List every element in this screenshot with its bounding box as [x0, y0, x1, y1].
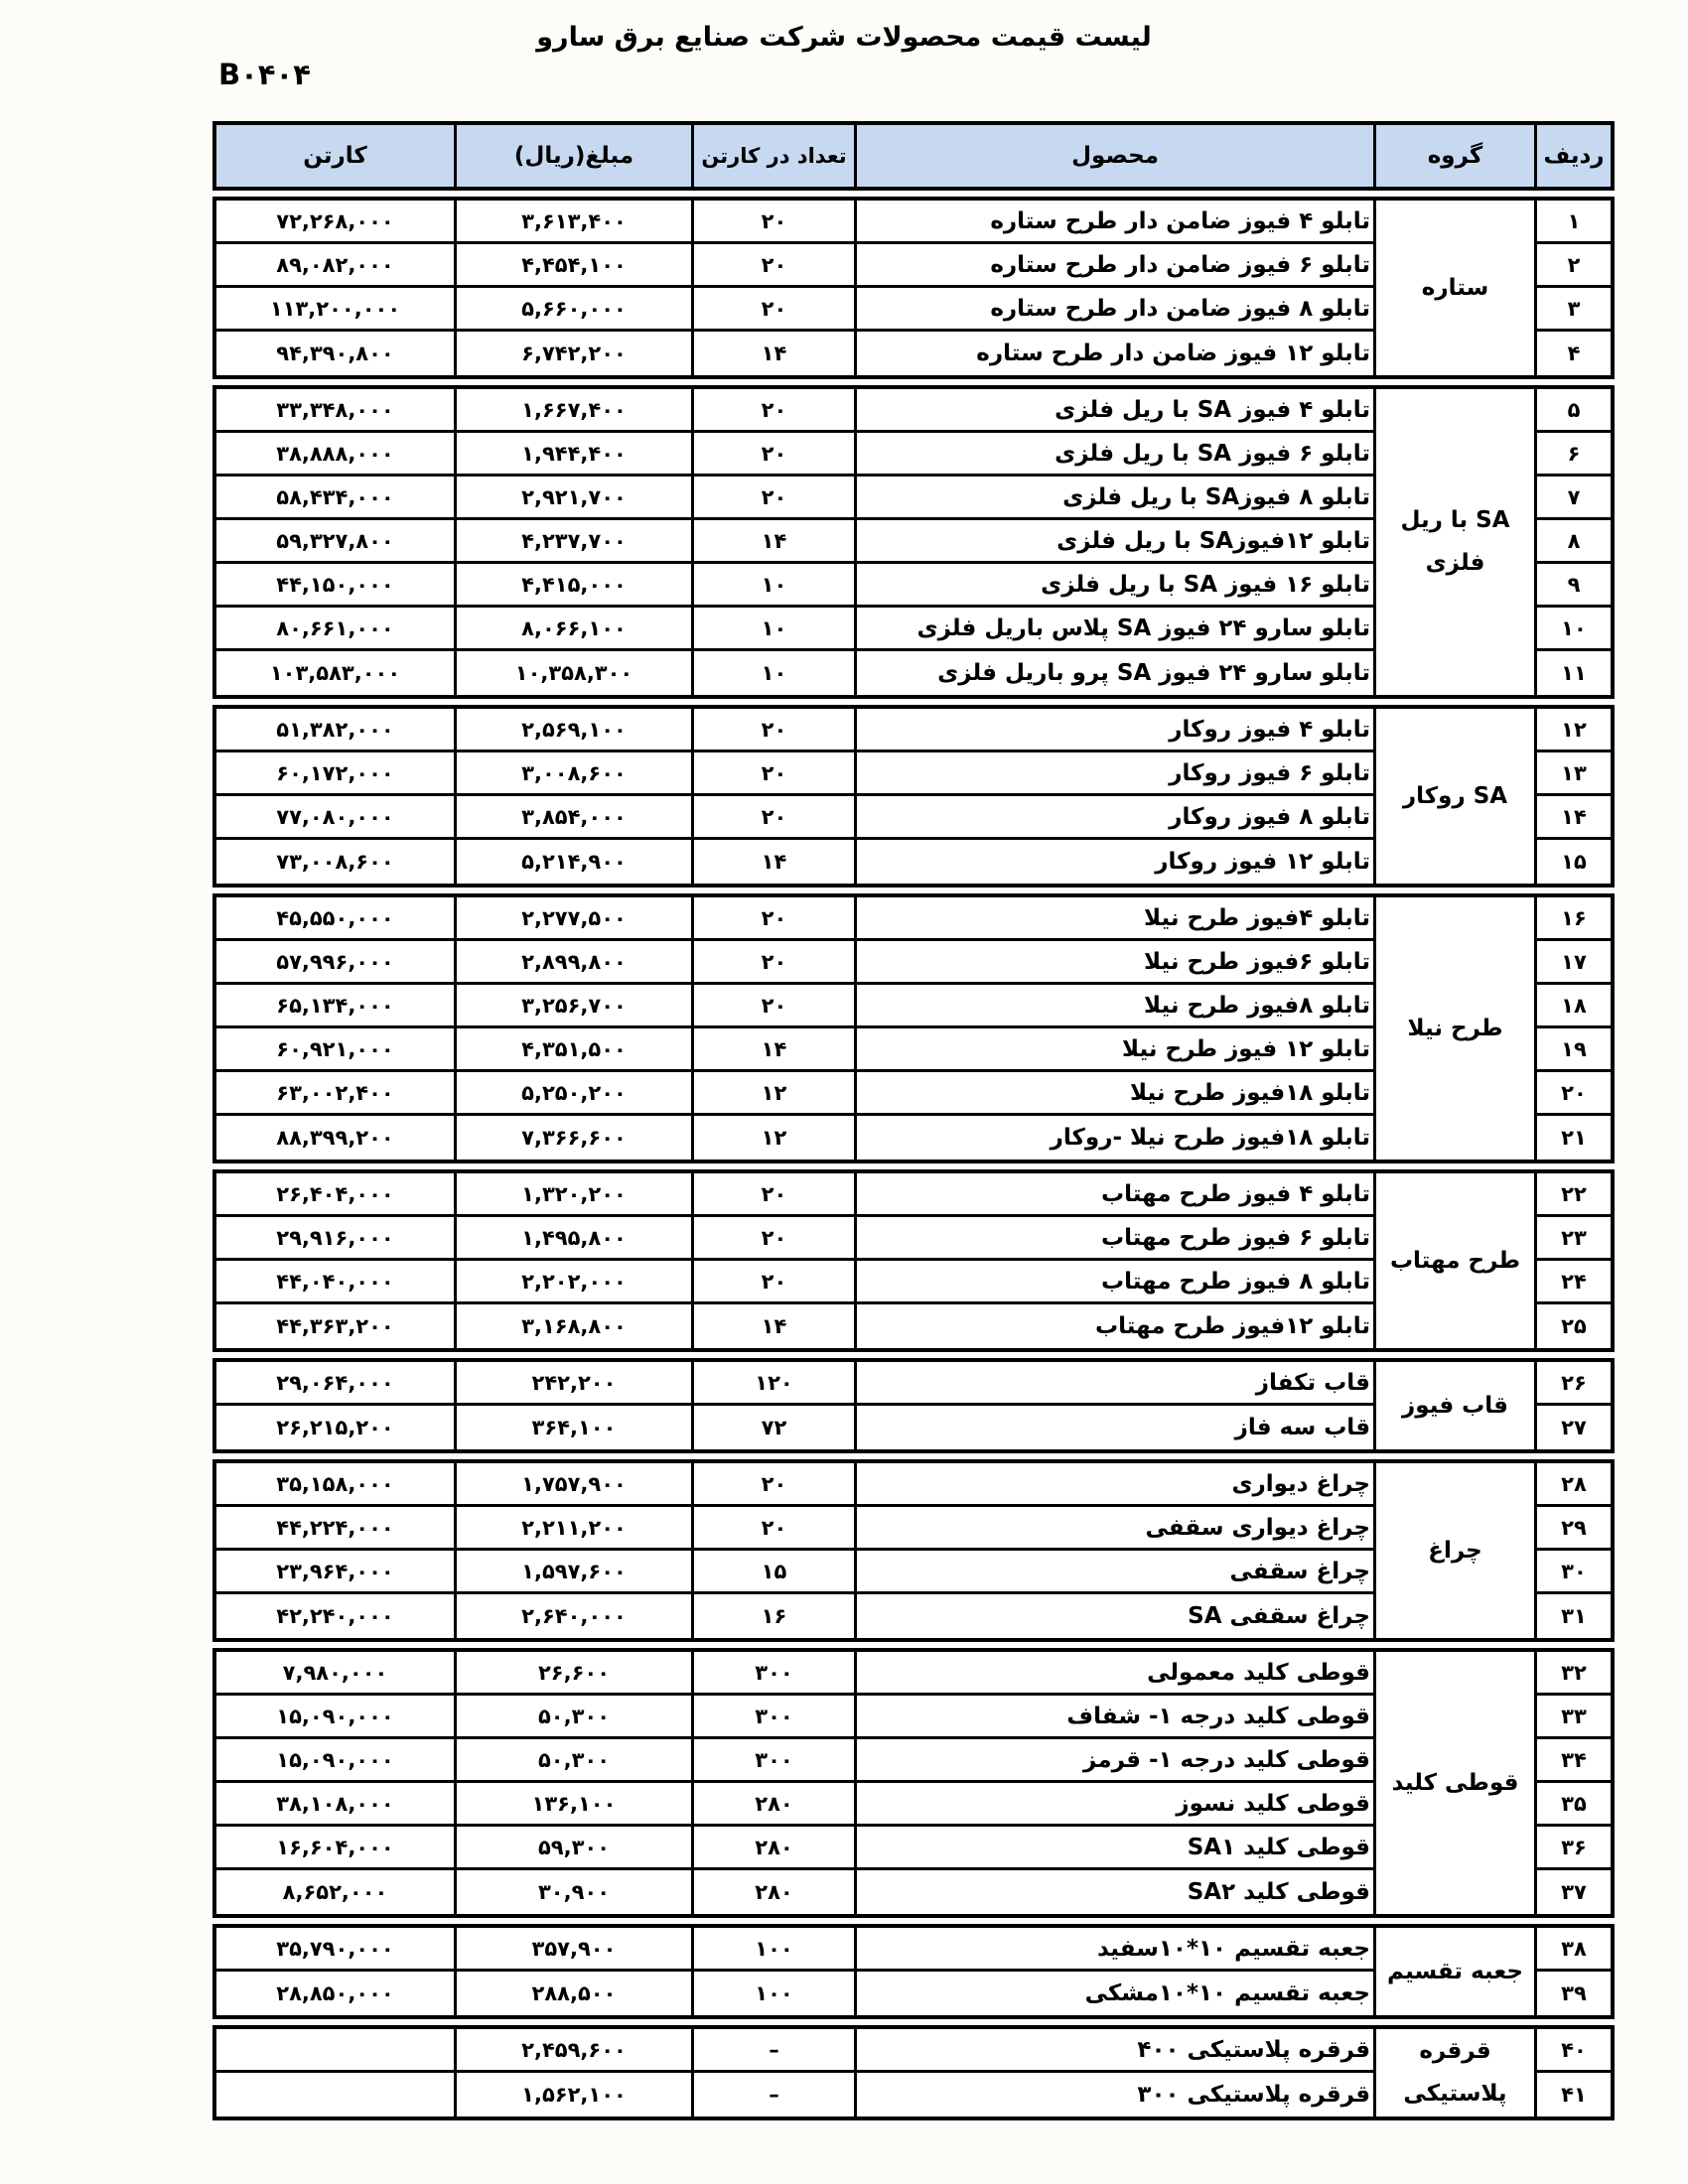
group-name: طرح مهتاب: [1382, 1240, 1528, 1283]
table-row: تابلو ۱۸فیوز طرح نیلا۱۲۵,۲۵۰,۲۰۰۶۳,۰۰۲,۴…: [216, 1072, 1373, 1116]
carton-price: ۷,۹۸۰,۰۰۰: [216, 1652, 454, 1693]
product-name: تابلو ۶ فیوز ضامن دار طرح ستاره: [854, 244, 1373, 285]
table-row: تابلو ۸ فیوز ضامن دار طرح ستاره۲۰۵,۶۶۰,۰…: [216, 288, 1373, 332]
amount-rial: ۲,۴۵۹,۶۰۰: [454, 2029, 691, 2070]
product-name: تابلو ۴ فیوز ضامن دار طرح ستاره: [854, 201, 1373, 241]
group-cell: قرقره پلاستیکی: [1373, 2029, 1534, 2116]
amount-rial: ۲,۲۰۲,۰۰۰: [454, 1261, 691, 1301]
row-number-column: ۴۰۴۱: [1534, 2029, 1611, 2116]
qty-per-carton: ۲۰: [691, 433, 854, 474]
qty-per-carton: ۷۲: [691, 1406, 854, 1449]
qty-per-carton: ۱۲۰: [691, 1362, 854, 1403]
amount-rial: ۷,۳۶۶,۶۰۰: [454, 1116, 691, 1160]
table-row: تابلو سارو ۲۴ فیوز SA پلاس باریل فلزی۱۰۸…: [216, 608, 1373, 651]
qty-per-carton: ۱۴: [691, 520, 854, 561]
product-name: تابلو ۸ فیوزSA با ریل فلزی: [854, 477, 1373, 517]
row-number: ۲۱: [1537, 1116, 1611, 1160]
amount-rial: ۱,۵۶۲,۱۰۰: [454, 2073, 691, 2116]
qty-per-carton: ۲۸۰: [691, 1827, 854, 1867]
group-block: ۲۶۲۷قاب فیوزقاب تکفاز۱۲۰۲۴۲,۲۰۰۲۹,۰۶۴,۰۰…: [212, 1358, 1615, 1453]
table-row: قوطی کلید نسوز۲۸۰۱۳۶,۱۰۰۳۸,۱۰۸,۰۰۰: [216, 1783, 1373, 1827]
group-block: ۱۲۱۳۱۴۱۵SA روکارتابلو ۴ فیوز روکار۲۰۲,۵۶…: [212, 705, 1615, 887]
product-name: قرقره پلاستیکی ۳۰۰: [854, 2073, 1373, 2116]
table-row: تابلو ۱۲ فیوز طرح نیلا۱۴۴,۳۵۱,۵۰۰۶۰,۹۲۱,…: [216, 1028, 1373, 1072]
amount-rial: ۵,۲۱۴,۹۰۰: [454, 840, 691, 884]
table-row: تابلو ۶ فیوز طرح مهتاب۲۰۱,۴۹۵,۸۰۰۲۹,۹۱۶,…: [216, 1217, 1373, 1261]
product-name: تابلو ۶ فیوز طرح مهتاب: [854, 1217, 1373, 1258]
column-header-carton: کارتن: [216, 125, 454, 187]
carton-price: ۸۹,۰۸۲,۰۰۰: [216, 244, 454, 285]
amount-rial: ۳۵۷,۹۰۰: [454, 1928, 691, 1969]
qty-per-carton: ۲۰: [691, 201, 854, 241]
product-name: تابلو ۱۲ فیوز روکار: [854, 840, 1373, 884]
row-number: ۵: [1537, 389, 1611, 433]
group-name: ستاره: [1414, 267, 1496, 310]
qty-per-carton: ۱۲: [691, 1116, 854, 1160]
carton-price: ۶۵,۱۳۴,۰۰۰: [216, 985, 454, 1025]
row-number: ۲۵: [1537, 1304, 1611, 1348]
table-row: تابلو ۶ فیوز ضامن دار طرح ستاره۲۰۴,۴۵۴,۱…: [216, 244, 1373, 288]
qty-per-carton: ۱۰۰: [691, 1928, 854, 1969]
group-name: SA با ریل فلزی: [1376, 499, 1534, 584]
group-name: جعبه تقسیم: [1379, 1951, 1531, 1993]
amount-rial: ۵۹,۳۰۰: [454, 1827, 691, 1867]
carton-price: ۸,۶۵۲,۰۰۰: [216, 1870, 454, 1914]
product-name: قوطی کلید نسوز: [854, 1783, 1373, 1824]
table-row: چراغ دیواری سقفی۲۰۲,۲۱۱,۲۰۰۴۴,۲۲۴,۰۰۰: [216, 1507, 1373, 1551]
carton-price: ۴۴,۰۴۰,۰۰۰: [216, 1261, 454, 1301]
carton-price: [216, 2029, 454, 2070]
group-cell: طرح مهتاب: [1373, 1173, 1534, 1348]
carton-price: ۴۴,۱۵۰,۰۰۰: [216, 564, 454, 605]
product-name: جعبه تقسیم ۱۰*۱۰مشکی: [854, 1972, 1373, 2015]
amount-rial: ۲,۲۱۱,۲۰۰: [454, 1507, 691, 1548]
row-number-column: ۳۲۳۳۳۴۳۵۳۶۳۷: [1534, 1652, 1611, 1914]
qty-per-carton: ۱۴: [691, 1304, 854, 1348]
table-header-row: ردیف گروه محصول تعداد در کارتن مبلغ(ریال…: [212, 121, 1615, 191]
page-title: لیست قیمت محصولات شرکت صنایع برق سارو: [0, 0, 1688, 53]
row-number: ۱۰: [1537, 608, 1611, 651]
document-code: B۰۴۰۴: [218, 58, 311, 91]
qty-per-carton: –: [691, 2073, 854, 2116]
qty-per-carton: ۳۰۰: [691, 1739, 854, 1780]
row-number: ۳۱: [1537, 1594, 1611, 1638]
product-name: جعبه تقسیم ۱۰*۱۰سفید: [854, 1928, 1373, 1969]
price-table: ردیف گروه محصول تعداد در کارتن مبلغ(ریال…: [212, 121, 1615, 2126]
qty-per-carton: ۲۰: [691, 897, 854, 938]
row-number: ۷: [1537, 477, 1611, 520]
group-block: ۴۰۴۱قرقره پلاستیکیقرقره پلاستیکی ۴۰۰–۲,۴…: [212, 2025, 1615, 2120]
product-name: قاب تکفاز: [854, 1362, 1373, 1403]
table-row: قوطی کلید SA۲۲۸۰۳۰,۹۰۰۸,۶۵۲,۰۰۰: [216, 1870, 1373, 1914]
carton-price: ۲۹,۰۶۴,۰۰۰: [216, 1362, 454, 1403]
row-number: ۱۹: [1537, 1028, 1611, 1072]
qty-per-carton: ۱۴: [691, 332, 854, 375]
table-row: چراغ سقفی SA۱۶۲,۶۴۰,۰۰۰۴۲,۲۴۰,۰۰۰: [216, 1594, 1373, 1638]
group-cell: جعبه تقسیم: [1373, 1928, 1534, 2015]
group-cell: SA با ریل فلزی: [1373, 389, 1534, 695]
row-number: ۳۶: [1537, 1827, 1611, 1870]
amount-rial: ۵۰,۳۰۰: [454, 1696, 691, 1736]
carton-price: ۸۸,۳۹۹,۲۰۰: [216, 1116, 454, 1160]
column-header-row-number: ردیف: [1534, 125, 1611, 187]
carton-price: ۳۵,۱۵۸,۰۰۰: [216, 1463, 454, 1504]
carton-price: ۱۵,۰۹۰,۰۰۰: [216, 1739, 454, 1780]
table-row: قاب سه فاز۷۲۳۶۴,۱۰۰۲۶,۲۱۵,۲۰۰: [216, 1406, 1373, 1449]
amount-rial: ۳,۲۵۶,۷۰۰: [454, 985, 691, 1025]
column-header-qty-per-carton: تعداد در کارتن: [691, 125, 854, 187]
row-number-column: ۳۸۳۹: [1534, 1928, 1611, 2015]
qty-per-carton: ۲۰: [691, 1261, 854, 1301]
row-number: ۱۶: [1537, 897, 1611, 941]
group-cell: چراغ: [1373, 1463, 1534, 1638]
group-name: قاب فیوز: [1394, 1385, 1516, 1428]
qty-per-carton: ۳۰۰: [691, 1652, 854, 1693]
row-number: ۳۲: [1537, 1652, 1611, 1696]
row-number: ۹: [1537, 564, 1611, 608]
product-name: قوطی کلید SA۱: [854, 1827, 1373, 1867]
row-number: ۳۳: [1537, 1696, 1611, 1739]
product-name: تابلو سارو ۲۴ فیوز SA پلاس باریل فلزی: [854, 608, 1373, 648]
row-number-column: ۲۸۲۹۳۰۳۱: [1534, 1463, 1611, 1638]
qty-per-carton: ۲۰: [691, 796, 854, 837]
carton-price: ۲۶,۴۰۴,۰۰۰: [216, 1173, 454, 1214]
amount-rial: ۳,۶۱۳,۴۰۰: [454, 201, 691, 241]
product-name: تابلو ۱۲فیوزSA با ریل فلزی: [854, 520, 1373, 561]
amount-rial: ۲۴۲,۲۰۰: [454, 1362, 691, 1403]
amount-rial: ۱,۳۲۰,۲۰۰: [454, 1173, 691, 1214]
column-header-amount-rial: مبلغ(ریال): [454, 125, 691, 187]
carton-price: ۱۵,۰۹۰,۰۰۰: [216, 1696, 454, 1736]
product-name: قاب سه فاز: [854, 1406, 1373, 1449]
group-rows: چراغ دیواری۲۰۱,۷۵۷,۹۰۰۳۵,۱۵۸,۰۰۰چراغ دیو…: [216, 1463, 1373, 1638]
product-name: تابلو ۱۶ فیوز SA با ریل فلزی: [854, 564, 1373, 605]
product-name: تابلو سارو ۲۴ فیوز SA پرو باریل فلزی: [854, 651, 1373, 695]
row-number: ۲۶: [1537, 1362, 1611, 1406]
amount-rial: ۸,۰۶۶,۱۰۰: [454, 608, 691, 648]
row-number-column: ۵۶۷۸۹۱۰۱۱: [1534, 389, 1611, 695]
product-name: تابلو ۶فیوز طرح نیلا: [854, 941, 1373, 982]
qty-per-carton: ۲۰: [691, 1463, 854, 1504]
table-row: چراغ سقفی۱۵۱,۵۹۷,۶۰۰۲۳,۹۶۴,۰۰۰: [216, 1551, 1373, 1594]
carton-price: ۷۲,۲۶۸,۰۰۰: [216, 201, 454, 241]
carton-price: ۲۹,۹۱۶,۰۰۰: [216, 1217, 454, 1258]
qty-per-carton: ۲۰: [691, 1217, 854, 1258]
group-name: چراغ: [1420, 1530, 1489, 1572]
table-row: تابلو ۶ فیوز SA با ریل فلزی۲۰۱,۹۴۴,۴۰۰۳۸…: [216, 433, 1373, 477]
row-number: ۱۸: [1537, 985, 1611, 1028]
qty-per-carton: –: [691, 2029, 854, 2070]
group-block: ۵۶۷۸۹۱۰۱۱SA با ریل فلزیتابلو ۴ فیوز SA ب…: [212, 385, 1615, 699]
group-rows: تابلو ۴ فیوز طرح مهتاب۲۰۱,۳۲۰,۲۰۰۲۶,۴۰۴,…: [216, 1173, 1373, 1348]
group-block: ۱۲۳۴ستارهتابلو ۴ فیوز ضامن دار طرح ستاره…: [212, 197, 1615, 379]
amount-rial: ۱,۴۹۵,۸۰۰: [454, 1217, 691, 1258]
row-number-column: ۲۶۲۷: [1534, 1362, 1611, 1449]
product-name: تابلو ۸ فیوز روکار: [854, 796, 1373, 837]
qty-per-carton: ۲۰: [691, 941, 854, 982]
table-row: تابلو ۸ فیوز طرح مهتاب۲۰۲,۲۰۲,۰۰۰۴۴,۰۴۰,…: [216, 1261, 1373, 1304]
amount-rial: ۲۸۸,۵۰۰: [454, 1972, 691, 2015]
carton-price: ۴۴,۳۶۳,۲۰۰: [216, 1304, 454, 1348]
row-number: ۲۹: [1537, 1507, 1611, 1551]
product-name: تابلو ۶ فیوز SA با ریل فلزی: [854, 433, 1373, 474]
carton-price: ۵۷,۹۹۶,۰۰۰: [216, 941, 454, 982]
group-block: ۳۸۳۹جعبه تقسیمجعبه تقسیم ۱۰*۱۰سفید۱۰۰۳۵۷…: [212, 1924, 1615, 2019]
amount-rial: ۳,۰۰۸,۶۰۰: [454, 752, 691, 793]
product-name: قوطی کلید معمولی: [854, 1652, 1373, 1693]
carton-price: [216, 2073, 454, 2116]
amount-rial: ۱۳۶,۱۰۰: [454, 1783, 691, 1824]
qty-per-carton: ۱۰۰: [691, 1972, 854, 2015]
product-name: تابلو ۸ فیوز ضامن دار طرح ستاره: [854, 288, 1373, 329]
table-row: تابلو ۱۲ فیوز ضامن دار طرح ستاره۱۴۶,۷۴۲,…: [216, 332, 1373, 375]
amount-rial: ۲,۸۹۹,۸۰۰: [454, 941, 691, 982]
amount-rial: ۲,۵۶۹,۱۰۰: [454, 709, 691, 750]
amount-rial: ۶,۷۴۲,۲۰۰: [454, 332, 691, 375]
carton-price: ۷۷,۰۸۰,۰۰۰: [216, 796, 454, 837]
carton-price: ۸۰,۶۶۱,۰۰۰: [216, 608, 454, 648]
carton-price: ۷۳,۰۰۸,۶۰۰: [216, 840, 454, 884]
table-row: تابلو ۸ فیوز روکار۲۰۳,۸۵۴,۰۰۰۷۷,۰۸۰,۰۰۰: [216, 796, 1373, 840]
group-name: طرح نیلا: [1399, 1008, 1510, 1050]
amount-rial: ۴,۴۱۵,۰۰۰: [454, 564, 691, 605]
product-name: تابلو ۸ فیوز طرح مهتاب: [854, 1261, 1373, 1301]
carton-price: ۱۶,۶۰۴,۰۰۰: [216, 1827, 454, 1867]
product-name: تابلو ۱۸فیوز طرح نیلا -روکار: [854, 1116, 1373, 1160]
carton-price: ۶۰,۱۷۲,۰۰۰: [216, 752, 454, 793]
row-number: ۲۰: [1537, 1072, 1611, 1116]
row-number: ۲۲: [1537, 1173, 1611, 1217]
qty-per-carton: ۲۰: [691, 752, 854, 793]
product-name: قوطی کلید SA۲: [854, 1870, 1373, 1914]
group-rows: قاب تکفاز۱۲۰۲۴۲,۲۰۰۲۹,۰۶۴,۰۰۰قاب سه فاز۷…: [216, 1362, 1373, 1449]
amount-rial: ۲,۲۷۷,۵۰۰: [454, 897, 691, 938]
amount-rial: ۱,۹۴۴,۴۰۰: [454, 433, 691, 474]
product-name: چراغ سقفی: [854, 1551, 1373, 1591]
amount-rial: ۵,۲۵۰,۲۰۰: [454, 1072, 691, 1113]
table-row: تابلو ۶فیوز طرح نیلا۲۰۲,۸۹۹,۸۰۰۵۷,۹۹۶,۰۰…: [216, 941, 1373, 985]
product-name: قوطی کلید درجه ۱- شفاف: [854, 1696, 1373, 1736]
amount-rial: ۵,۶۶۰,۰۰۰: [454, 288, 691, 329]
qty-per-carton: ۲۰: [691, 709, 854, 750]
table-row: تابلو ۱۲ فیوز روکار۱۴۵,۲۱۴,۹۰۰۷۳,۰۰۸,۶۰۰: [216, 840, 1373, 884]
row-number: ۳: [1537, 288, 1611, 332]
group-cell: SA روکار: [1373, 709, 1534, 884]
qty-per-carton: ۱۲: [691, 1072, 854, 1113]
row-number-column: ۱۲۱۳۱۴۱۵: [1534, 709, 1611, 884]
row-number: ۱۲: [1537, 709, 1611, 752]
carton-price: ۴۲,۲۴۰,۰۰۰: [216, 1594, 454, 1638]
qty-per-carton: ۱۰: [691, 651, 854, 695]
row-number: ۱۱: [1537, 651, 1611, 695]
table-row: تابلو ۱۲فیوز طرح مهتاب۱۴۳,۱۶۸,۸۰۰۴۴,۳۶۳,…: [216, 1304, 1373, 1348]
row-number: ۶: [1537, 433, 1611, 477]
qty-per-carton: ۱۰: [691, 608, 854, 648]
product-name: تابلو ۶ فیوز روکار: [854, 752, 1373, 793]
table-row: قوطی کلید SA۱۲۸۰۵۹,۳۰۰۱۶,۶۰۴,۰۰۰: [216, 1827, 1373, 1870]
row-number-column: ۲۲۲۳۲۴۲۵: [1534, 1173, 1611, 1348]
qty-per-carton: ۱۴: [691, 1028, 854, 1069]
group-block: ۳۲۳۳۳۴۳۵۳۶۳۷قوطی کلیدقوطی کلید معمولی۳۰۰…: [212, 1648, 1615, 1918]
qty-per-carton: ۱۰: [691, 564, 854, 605]
group-cell: قوطی کلید: [1373, 1652, 1534, 1914]
product-name: تابلو ۸فیوز طرح نیلا: [854, 985, 1373, 1025]
table-row: جعبه تقسیم ۱۰*۱۰سفید۱۰۰۳۵۷,۹۰۰۳۵,۷۹۰,۰۰۰: [216, 1928, 1373, 1972]
carton-price: ۲۶,۲۱۵,۲۰۰: [216, 1406, 454, 1449]
table-row: قوطی کلید درجه ۱- قرمز۳۰۰۵۰,۳۰۰۱۵,۰۹۰,۰۰…: [216, 1739, 1373, 1783]
table-row: جعبه تقسیم ۱۰*۱۰مشکی۱۰۰۲۸۸,۵۰۰۲۸,۸۵۰,۰۰۰: [216, 1972, 1373, 2015]
table-row: تابلو سارو ۲۴ فیوز SA پرو باریل فلزی۱۰۱۰…: [216, 651, 1373, 695]
group-name: قوطی کلید: [1384, 1762, 1527, 1805]
row-number: ۱۳: [1537, 752, 1611, 796]
column-header-product: محصول: [854, 125, 1373, 187]
product-name: تابلو ۱۸فیوز طرح نیلا: [854, 1072, 1373, 1113]
carton-price: ۴۵,۵۵۰,۰۰۰: [216, 897, 454, 938]
group-cell: قاب فیوز: [1373, 1362, 1534, 1449]
product-name: تابلو ۱۲فیوز طرح مهتاب: [854, 1304, 1373, 1348]
product-name: تابلو ۱۲ فیوز طرح نیلا: [854, 1028, 1373, 1069]
amount-rial: ۳۶۴,۱۰۰: [454, 1406, 691, 1449]
group-rows: تابلو ۴ فیوز ضامن دار طرح ستاره۲۰۳,۶۱۳,۴…: [216, 201, 1373, 375]
qty-per-carton: ۱۵: [691, 1551, 854, 1591]
qty-per-carton: ۲۰: [691, 1507, 854, 1548]
carton-price: ۳۸,۸۸۸,۰۰۰: [216, 433, 454, 474]
product-name: قوطی کلید درجه ۱- قرمز: [854, 1739, 1373, 1780]
row-number: ۴۰: [1537, 2029, 1611, 2073]
group-rows: تابلو ۴ فیوز روکار۲۰۲,۵۶۹,۱۰۰۵۱,۳۸۲,۰۰۰ت…: [216, 709, 1373, 884]
column-header-group: گروه: [1373, 125, 1534, 187]
carton-price: ۳۵,۷۹۰,۰۰۰: [216, 1928, 454, 1969]
amount-rial: ۵۰,۳۰۰: [454, 1739, 691, 1780]
table-row: تابلو ۴ فیوز SA با ریل فلزی۲۰۱,۶۶۷,۴۰۰۳۳…: [216, 389, 1373, 433]
qty-per-carton: ۲۰: [691, 288, 854, 329]
product-name: چراغ دیواری سقفی: [854, 1507, 1373, 1548]
row-number: ۳۰: [1537, 1551, 1611, 1594]
group-name: قرقره پلاستیکی: [1376, 2030, 1534, 2115]
product-name: چراغ سقفی SA: [854, 1594, 1373, 1638]
amount-rial: ۲,۶۴۰,۰۰۰: [454, 1594, 691, 1638]
row-number: ۳۸: [1537, 1928, 1611, 1972]
group-rows: قرقره پلاستیکی ۴۰۰–۲,۴۵۹,۶۰۰قرقره پلاستی…: [216, 2029, 1373, 2116]
carton-price: ۳۳,۳۴۸,۰۰۰: [216, 389, 454, 430]
group-rows: جعبه تقسیم ۱۰*۱۰سفید۱۰۰۳۵۷,۹۰۰۳۵,۷۹۰,۰۰۰…: [216, 1928, 1373, 2015]
row-number: ۲: [1537, 244, 1611, 288]
carton-price: ۵۱,۳۸۲,۰۰۰: [216, 709, 454, 750]
group-block: ۲۲۲۳۲۴۲۵طرح مهتابتابلو ۴ فیوز طرح مهتاب۲…: [212, 1169, 1615, 1352]
row-number: ۳۵: [1537, 1783, 1611, 1827]
carton-price: ۴۴,۲۲۴,۰۰۰: [216, 1507, 454, 1548]
row-number: ۳۴: [1537, 1739, 1611, 1783]
table-row: تابلو ۸ فیوزSA با ریل فلزی۲۰۲,۹۲۱,۷۰۰۵۸,…: [216, 477, 1373, 520]
qty-per-carton: ۱۶: [691, 1594, 854, 1638]
qty-per-carton: ۲۰: [691, 244, 854, 285]
table-row: تابلو ۸فیوز طرح نیلا۲۰۳,۲۵۶,۷۰۰۶۵,۱۳۴,۰۰…: [216, 985, 1373, 1028]
table-row: قاب تکفاز۱۲۰۲۴۲,۲۰۰۲۹,۰۶۴,۰۰۰: [216, 1362, 1373, 1406]
amount-rial: ۱,۷۵۷,۹۰۰: [454, 1463, 691, 1504]
amount-rial: ۲۶,۶۰۰: [454, 1652, 691, 1693]
qty-per-carton: ۲۰: [691, 985, 854, 1025]
qty-per-carton: ۲۰: [691, 389, 854, 430]
product-name: تابلو ۴ فیوز طرح مهتاب: [854, 1173, 1373, 1214]
carton-price: ۲۳,۹۶۴,۰۰۰: [216, 1551, 454, 1591]
qty-per-carton: ۲۸۰: [691, 1870, 854, 1914]
product-name: تابلو ۴فیوز طرح نیلا: [854, 897, 1373, 938]
qty-per-carton: ۲۰: [691, 1173, 854, 1214]
table-row: چراغ دیواری۲۰۱,۷۵۷,۹۰۰۳۵,۱۵۸,۰۰۰: [216, 1463, 1373, 1507]
product-name: قرقره پلاستیکی ۴۰۰: [854, 2029, 1373, 2070]
carton-price: ۳۸,۱۰۸,۰۰۰: [216, 1783, 454, 1824]
carton-price: ۹۴,۳۹۰,۸۰۰: [216, 332, 454, 375]
group-rows: تابلو ۴فیوز طرح نیلا۲۰۲,۲۷۷,۵۰۰۴۵,۵۵۰,۰۰…: [216, 897, 1373, 1160]
group-rows: تابلو ۴ فیوز SA با ریل فلزی۲۰۱,۶۶۷,۴۰۰۳۳…: [216, 389, 1373, 695]
row-number-column: ۱۶۱۷۱۸۱۹۲۰۲۱: [1534, 897, 1611, 1160]
amount-rial: ۲,۹۲۱,۷۰۰: [454, 477, 691, 517]
table-row: قرقره پلاستیکی ۴۰۰–۲,۴۵۹,۶۰۰: [216, 2029, 1373, 2073]
product-name: تابلو ۱۲ فیوز ضامن دار طرح ستاره: [854, 332, 1373, 375]
row-number: ۴۱: [1537, 2073, 1611, 2116]
amount-rial: ۴,۲۳۷,۷۰۰: [454, 520, 691, 561]
table-row: قرقره پلاستیکی ۳۰۰–۱,۵۶۲,۱۰۰: [216, 2073, 1373, 2116]
carton-price: ۱۱۳,۲۰۰,۰۰۰: [216, 288, 454, 329]
row-number-column: ۱۲۳۴: [1534, 201, 1611, 375]
carton-price: ۶۳,۰۰۲,۴۰۰: [216, 1072, 454, 1113]
product-name: تابلو ۴ فیوز SA با ریل فلزی: [854, 389, 1373, 430]
row-number: ۳۷: [1537, 1870, 1611, 1914]
row-number: ۴: [1537, 332, 1611, 375]
row-number: ۱۴: [1537, 796, 1611, 840]
amount-rial: ۳,۸۵۴,۰۰۰: [454, 796, 691, 837]
carton-price: ۵۹,۳۲۷,۸۰۰: [216, 520, 454, 561]
group-rows: قوطی کلید معمولی۳۰۰۲۶,۶۰۰۷,۹۸۰,۰۰۰قوطی ک…: [216, 1652, 1373, 1914]
row-number: ۲۷: [1537, 1406, 1611, 1449]
table-row: تابلو ۴ فیوز ضامن دار طرح ستاره۲۰۳,۶۱۳,۴…: [216, 201, 1373, 244]
product-name: چراغ دیواری: [854, 1463, 1373, 1504]
group-block: ۱۶۱۷۱۸۱۹۲۰۲۱طرح نیلاتابلو ۴فیوز طرح نیلا…: [212, 893, 1615, 1163]
qty-per-carton: ۲۸۰: [691, 1783, 854, 1824]
row-number: ۳۹: [1537, 1972, 1611, 2015]
carton-price: ۶۰,۹۲۱,۰۰۰: [216, 1028, 454, 1069]
amount-rial: ۳,۱۶۸,۸۰۰: [454, 1304, 691, 1348]
table-row: تابلو ۴ فیوز طرح مهتاب۲۰۱,۳۲۰,۲۰۰۲۶,۴۰۴,…: [216, 1173, 1373, 1217]
table-row: تابلو ۱۲فیوزSA با ریل فلزی۱۴۴,۲۳۷,۷۰۰۵۹,…: [216, 520, 1373, 564]
amount-rial: ۱,۵۹۷,۶۰۰: [454, 1551, 691, 1591]
table-row: تابلو ۶ فیوز روکار۲۰۳,۰۰۸,۶۰۰۶۰,۱۷۲,۰۰۰: [216, 752, 1373, 796]
amount-rial: ۱۰,۳۵۸,۳۰۰: [454, 651, 691, 695]
row-number: ۱۵: [1537, 840, 1611, 884]
row-number: ۲۴: [1537, 1261, 1611, 1304]
qty-per-carton: ۳۰۰: [691, 1696, 854, 1736]
table-row: قوطی کلید درجه ۱- شفاف۳۰۰۵۰,۳۰۰۱۵,۰۹۰,۰۰…: [216, 1696, 1373, 1739]
carton-price: ۱۰۳,۵۸۳,۰۰۰: [216, 651, 454, 695]
amount-rial: ۳۰,۹۰۰: [454, 1870, 691, 1914]
row-number: ۲۳: [1537, 1217, 1611, 1261]
group-name: SA روکار: [1395, 775, 1515, 818]
amount-rial: ۱,۶۶۷,۴۰۰: [454, 389, 691, 430]
amount-rial: ۴,۳۵۱,۵۰۰: [454, 1028, 691, 1069]
table-row: تابلو ۱۸فیوز طرح نیلا -روکار۱۲۷,۳۶۶,۶۰۰۸…: [216, 1116, 1373, 1160]
table-row: تابلو ۱۶ فیوز SA با ریل فلزی۱۰۴,۴۱۵,۰۰۰۴…: [216, 564, 1373, 608]
row-number: ۸: [1537, 520, 1611, 564]
qty-per-carton: ۲۰: [691, 477, 854, 517]
group-block: ۲۸۲۹۳۰۳۱چراغچراغ دیواری۲۰۱,۷۵۷,۹۰۰۳۵,۱۵۸…: [212, 1459, 1615, 1642]
row-number: ۱۷: [1537, 941, 1611, 985]
row-number: ۱: [1537, 201, 1611, 244]
amount-rial: ۴,۴۵۴,۱۰۰: [454, 244, 691, 285]
qty-per-carton: ۱۴: [691, 840, 854, 884]
table-row: قوطی کلید معمولی۳۰۰۲۶,۶۰۰۷,۹۸۰,۰۰۰: [216, 1652, 1373, 1696]
table-row: تابلو ۴ فیوز روکار۲۰۲,۵۶۹,۱۰۰۵۱,۳۸۲,۰۰۰: [216, 709, 1373, 752]
row-number: ۲۸: [1537, 1463, 1611, 1507]
